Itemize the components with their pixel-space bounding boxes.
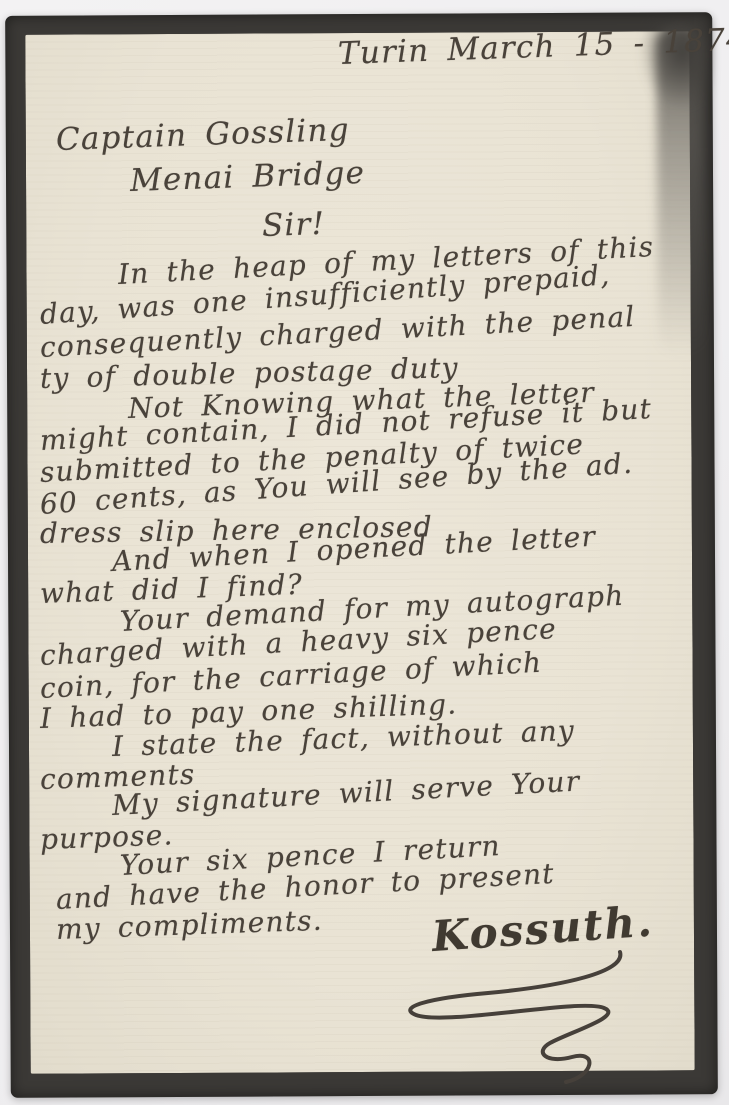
letter-photograph: Turin March 15 - 1874 Captain Gossling M… bbox=[0, 0, 729, 1105]
salutation: Sir! bbox=[261, 206, 325, 244]
signature-flourish bbox=[388, 948, 648, 1088]
